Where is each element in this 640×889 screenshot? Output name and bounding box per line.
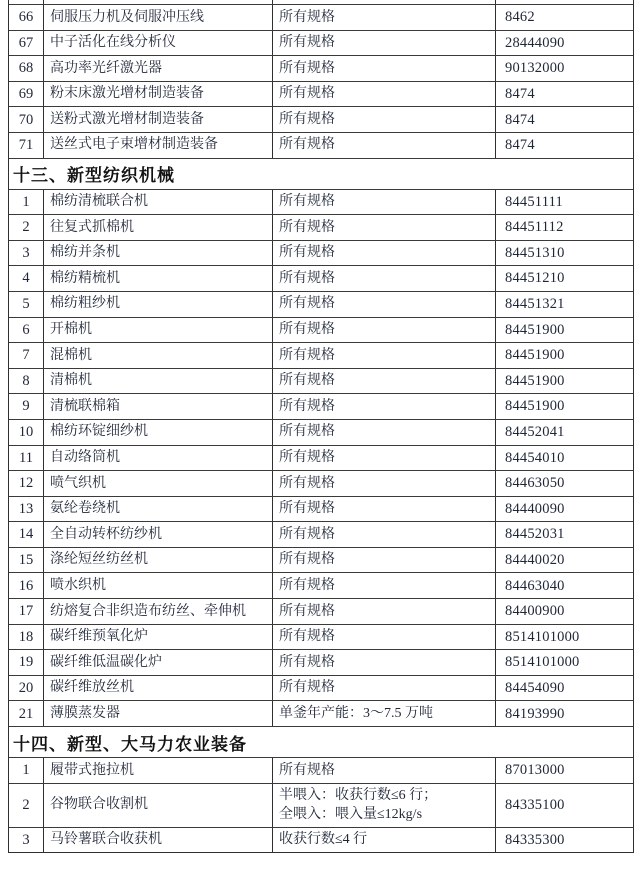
row-number-cell: 1 <box>9 758 44 783</box>
hs-code-cell: 84452041 <box>496 420 633 445</box>
row-number-cell: 2 <box>9 215 44 240</box>
equipment-name-cell: 棉纺清梳联合机 <box>44 190 273 215</box>
spec-cell: 所有规格 <box>273 5 496 30</box>
section-header: 十四、新型、大马力农业装备 <box>9 726 633 757</box>
row-number-cell: 15 <box>9 548 44 573</box>
table-row: 2谷物联合收割机半喂入：收获行数≤6 行； 全喂入：喂入量≤12kg/s8433… <box>9 783 633 827</box>
spec-cell: 所有规格 <box>273 471 496 496</box>
spec-cell: 所有规格 <box>273 31 496 56</box>
hs-code-cell: 87013000 <box>496 758 633 783</box>
equipment-name-cell: 清梳联棉箱 <box>44 394 273 419</box>
hs-code-cell: 84452031 <box>496 522 633 547</box>
spec-cell <box>273 0 496 4</box>
table-row: 15涤纶短丝纺丝机所有规格84440020 <box>9 547 633 573</box>
equipment-name-cell: 伺服压力机及伺服冲压线 <box>44 5 273 30</box>
hs-code-cell: 84451321 <box>496 292 633 317</box>
equipment-name-cell: 碳纤维低温碳化炉 <box>44 650 273 675</box>
equipment-name-cell: 喷气织机 <box>44 471 273 496</box>
table-row: 10棉纺环锭细纱机所有规格84452041 <box>9 419 633 445</box>
spec-cell: 所有规格 <box>273 215 496 240</box>
hs-code-cell: 8474 <box>496 133 633 158</box>
table-row: 14全自动转杯纺纱机所有规格84452031 <box>9 521 633 547</box>
row-number-cell: 3 <box>9 241 44 266</box>
table-row: 6开棉机所有规格84451900 <box>9 317 633 343</box>
row-number-cell: 5 <box>9 292 44 317</box>
table-row: 21薄膜蒸发器单釜年产能：3～7.5 万吨84193990 <box>9 700 633 726</box>
hs-code-cell: 84451900 <box>496 369 633 394</box>
spec-cell: 所有规格 <box>273 318 496 343</box>
table-body: 66伺服压力机及伺服冲压线所有规格846267中子活化在线分析仪所有规格2844… <box>9 4 633 852</box>
table-row: 69粉末床激光增材制造装备所有规格8474 <box>9 81 633 107</box>
hs-code-cell: 84451900 <box>496 343 633 368</box>
table-row: 19碳纤维低温碳化炉所有规格8514101000 <box>9 649 633 675</box>
table-row: 8清棉机所有规格84451900 <box>9 368 633 394</box>
equipment-name-cell: 喷水织机 <box>44 573 273 598</box>
table-row: 3棉纺并条机所有规格84451310 <box>9 240 633 266</box>
equipment-name-cell: 氨纶卷绕机 <box>44 497 273 522</box>
table-row: 2往复式抓棉机所有规格84451112 <box>9 214 633 240</box>
hs-code-cell: 84463050 <box>496 471 633 496</box>
equipment-name-cell: 全自动转杯纺纱机 <box>44 522 273 547</box>
equipment-name-cell: 涤纶短丝纺丝机 <box>44 548 273 573</box>
row-number-cell: 70 <box>9 107 44 132</box>
table-row: 4棉纺精梳机所有规格84451210 <box>9 265 633 291</box>
table-row: 3马铃薯联合收获机收获行数≤4 行84335300 <box>9 827 633 853</box>
spec-cell: 所有规格 <box>273 420 496 445</box>
spec-cell: 所有规格 <box>273 758 496 783</box>
hs-code-cell: 84440020 <box>496 548 633 573</box>
hs-code-cell: 84193990 <box>496 701 633 726</box>
equipment-name-cell: 送丝式电子束增材制造装备 <box>44 133 273 158</box>
hs-code-cell: 8514101000 <box>496 625 633 650</box>
spec-cell: 收获行数≤4 行 <box>273 828 496 853</box>
row-number-cell: 6 <box>9 318 44 343</box>
hs-code-cell: 84451112 <box>496 215 633 240</box>
hs-code-cell: 28444090 <box>496 31 633 56</box>
row-number-cell: 14 <box>9 522 44 547</box>
spec-cell: 所有规格 <box>273 241 496 266</box>
spec-cell: 所有规格 <box>273 190 496 215</box>
spec-cell: 所有规格 <box>273 82 496 107</box>
row-number-cell: 8 <box>9 369 44 394</box>
hs-code-cell: 8462 <box>496 5 633 30</box>
equipment-name-cell: 粉末床激光增材制造装备 <box>44 82 273 107</box>
equipment-name-cell: 谷物联合收割机 <box>44 784 273 827</box>
table-row: 12喷气织机所有规格84463050 <box>9 470 633 496</box>
row-number-cell: 71 <box>9 133 44 158</box>
equipment-name-cell <box>44 0 273 4</box>
equipment-name-cell: 开棉机 <box>44 318 273 343</box>
hs-code-cell: 84451310 <box>496 241 633 266</box>
spec-cell: 所有规格 <box>273 676 496 701</box>
equipment-name-cell: 棉纺粗纱机 <box>44 292 273 317</box>
hs-code-cell: 84451210 <box>496 266 633 291</box>
row-number-cell: 66 <box>9 5 44 30</box>
equipment-name-cell: 往复式抓棉机 <box>44 215 273 240</box>
hs-code-cell <box>496 0 633 4</box>
equipment-name-cell: 棉纺环锭细纱机 <box>44 420 273 445</box>
row-number-cell: 69 <box>9 82 44 107</box>
hs-code-cell: 84400900 <box>496 599 633 624</box>
row-number-cell: 21 <box>9 701 44 726</box>
row-number-cell <box>9 0 44 4</box>
table-row: 9清梳联棉箱所有规格84451900 <box>9 393 633 419</box>
hs-code-cell: 8514101000 <box>496 650 633 675</box>
table-row: 66伺服压力机及伺服冲压线所有规格8462 <box>9 4 633 30</box>
equipment-name-cell: 中子活化在线分析仪 <box>44 31 273 56</box>
table-row: 16喷水织机所有规格84463040 <box>9 572 633 598</box>
row-number-cell: 16 <box>9 573 44 598</box>
spec-cell: 所有规格 <box>273 446 496 471</box>
equipment-name-cell: 混棉机 <box>44 343 273 368</box>
equipment-catalog-table: 66伺服压力机及伺服冲压线所有规格846267中子活化在线分析仪所有规格2844… <box>8 0 634 853</box>
section-header: 十三、新型纺织机械 <box>9 158 633 189</box>
table-row: 17纺熔复合非织造布纺丝、牵伸机所有规格84400900 <box>9 598 633 624</box>
equipment-name-cell: 纺熔复合非织造布纺丝、牵伸机 <box>44 599 273 624</box>
spec-cell: 所有规格 <box>273 548 496 573</box>
row-number-cell: 4 <box>9 266 44 291</box>
hs-code-cell: 8474 <box>496 107 633 132</box>
equipment-name-cell: 棉纺精梳机 <box>44 266 273 291</box>
equipment-name-cell: 自动络筒机 <box>44 446 273 471</box>
spec-cell: 所有规格 <box>273 625 496 650</box>
spec-cell: 所有规格 <box>273 107 496 132</box>
table-row: 67中子活化在线分析仪所有规格28444090 <box>9 30 633 56</box>
equipment-name-cell: 高功率光纤激光器 <box>44 56 273 81</box>
row-number-cell: 67 <box>9 31 44 56</box>
spec-cell: 所有规格 <box>273 394 496 419</box>
equipment-name-cell: 马铃薯联合收获机 <box>44 828 273 853</box>
row-number-cell: 13 <box>9 497 44 522</box>
row-number-cell: 20 <box>9 676 44 701</box>
hs-code-cell: 84454010 <box>496 446 633 471</box>
hs-code-cell: 84440090 <box>496 497 633 522</box>
row-number-cell: 10 <box>9 420 44 445</box>
hs-code-cell: 84451900 <box>496 394 633 419</box>
table-row: 68高功率光纤激光器所有规格90132000 <box>9 55 633 81</box>
table-row: 70送粉式激光增材制造装备所有规格8474 <box>9 106 633 132</box>
spec-cell: 所有规格 <box>273 56 496 81</box>
spec-cell: 半喂入：收获行数≤6 行； 全喂入：喂入量≤12kg/s <box>273 784 496 827</box>
row-number-cell: 9 <box>9 394 44 419</box>
equipment-name-cell: 薄膜蒸发器 <box>44 701 273 726</box>
hs-code-cell: 84451111 <box>496 190 633 215</box>
spec-cell: 所有规格 <box>273 369 496 394</box>
spec-cell: 所有规格 <box>273 599 496 624</box>
hs-code-cell: 90132000 <box>496 56 633 81</box>
spec-cell: 所有规格 <box>273 650 496 675</box>
spec-cell: 所有规格 <box>273 292 496 317</box>
table-row: 18碳纤维预氧化炉所有规格8514101000 <box>9 624 633 650</box>
spec-cell: 单釜年产能：3～7.5 万吨 <box>273 701 496 726</box>
row-number-cell: 19 <box>9 650 44 675</box>
table-row: 7混棉机所有规格84451900 <box>9 342 633 368</box>
spec-cell: 所有规格 <box>273 133 496 158</box>
row-number-cell: 18 <box>9 625 44 650</box>
hs-code-cell: 8474 <box>496 82 633 107</box>
row-number-cell: 12 <box>9 471 44 496</box>
row-number-cell: 3 <box>9 828 44 853</box>
row-number-cell: 11 <box>9 446 44 471</box>
row-number-cell: 2 <box>9 784 44 827</box>
table-row: 11自动络筒机所有规格84454010 <box>9 445 633 471</box>
table-row: 1履带式拖拉机所有规格87013000 <box>9 757 633 783</box>
spec-cell: 所有规格 <box>273 497 496 522</box>
table-row: 20碳纤维放丝机所有规格84454090 <box>9 675 633 701</box>
table-row: 13氨纶卷绕机所有规格84440090 <box>9 496 633 522</box>
hs-code-cell: 84451900 <box>496 318 633 343</box>
spec-cell: 所有规格 <box>273 573 496 598</box>
table-row: 1棉纺清梳联合机所有规格84451111 <box>9 189 633 215</box>
equipment-name-cell: 清棉机 <box>44 369 273 394</box>
hs-code-cell: 84335300 <box>496 828 633 853</box>
spec-cell: 所有规格 <box>273 266 496 291</box>
spec-cell: 所有规格 <box>273 522 496 547</box>
equipment-name-cell: 碳纤维放丝机 <box>44 676 273 701</box>
table-row: 5棉纺粗纱机所有规格84451321 <box>9 291 633 317</box>
equipment-name-cell: 履带式拖拉机 <box>44 758 273 783</box>
equipment-name-cell: 送粉式激光增材制造装备 <box>44 107 273 132</box>
spec-cell: 所有规格 <box>273 343 496 368</box>
clipped-row-top <box>9 0 633 4</box>
row-number-cell: 68 <box>9 56 44 81</box>
table-row: 71送丝式电子束增材制造装备所有规格8474 <box>9 132 633 158</box>
hs-code-cell: 84463040 <box>496 573 633 598</box>
document-page: { "table": { "sections": [ { "header": n… <box>0 0 640 889</box>
equipment-name-cell: 碳纤维预氧化炉 <box>44 625 273 650</box>
equipment-name-cell: 棉纺并条机 <box>44 241 273 266</box>
hs-code-cell: 84454090 <box>496 676 633 701</box>
hs-code-cell: 84335100 <box>496 784 633 827</box>
row-number-cell: 7 <box>9 343 44 368</box>
row-number-cell: 1 <box>9 190 44 215</box>
row-number-cell: 17 <box>9 599 44 624</box>
